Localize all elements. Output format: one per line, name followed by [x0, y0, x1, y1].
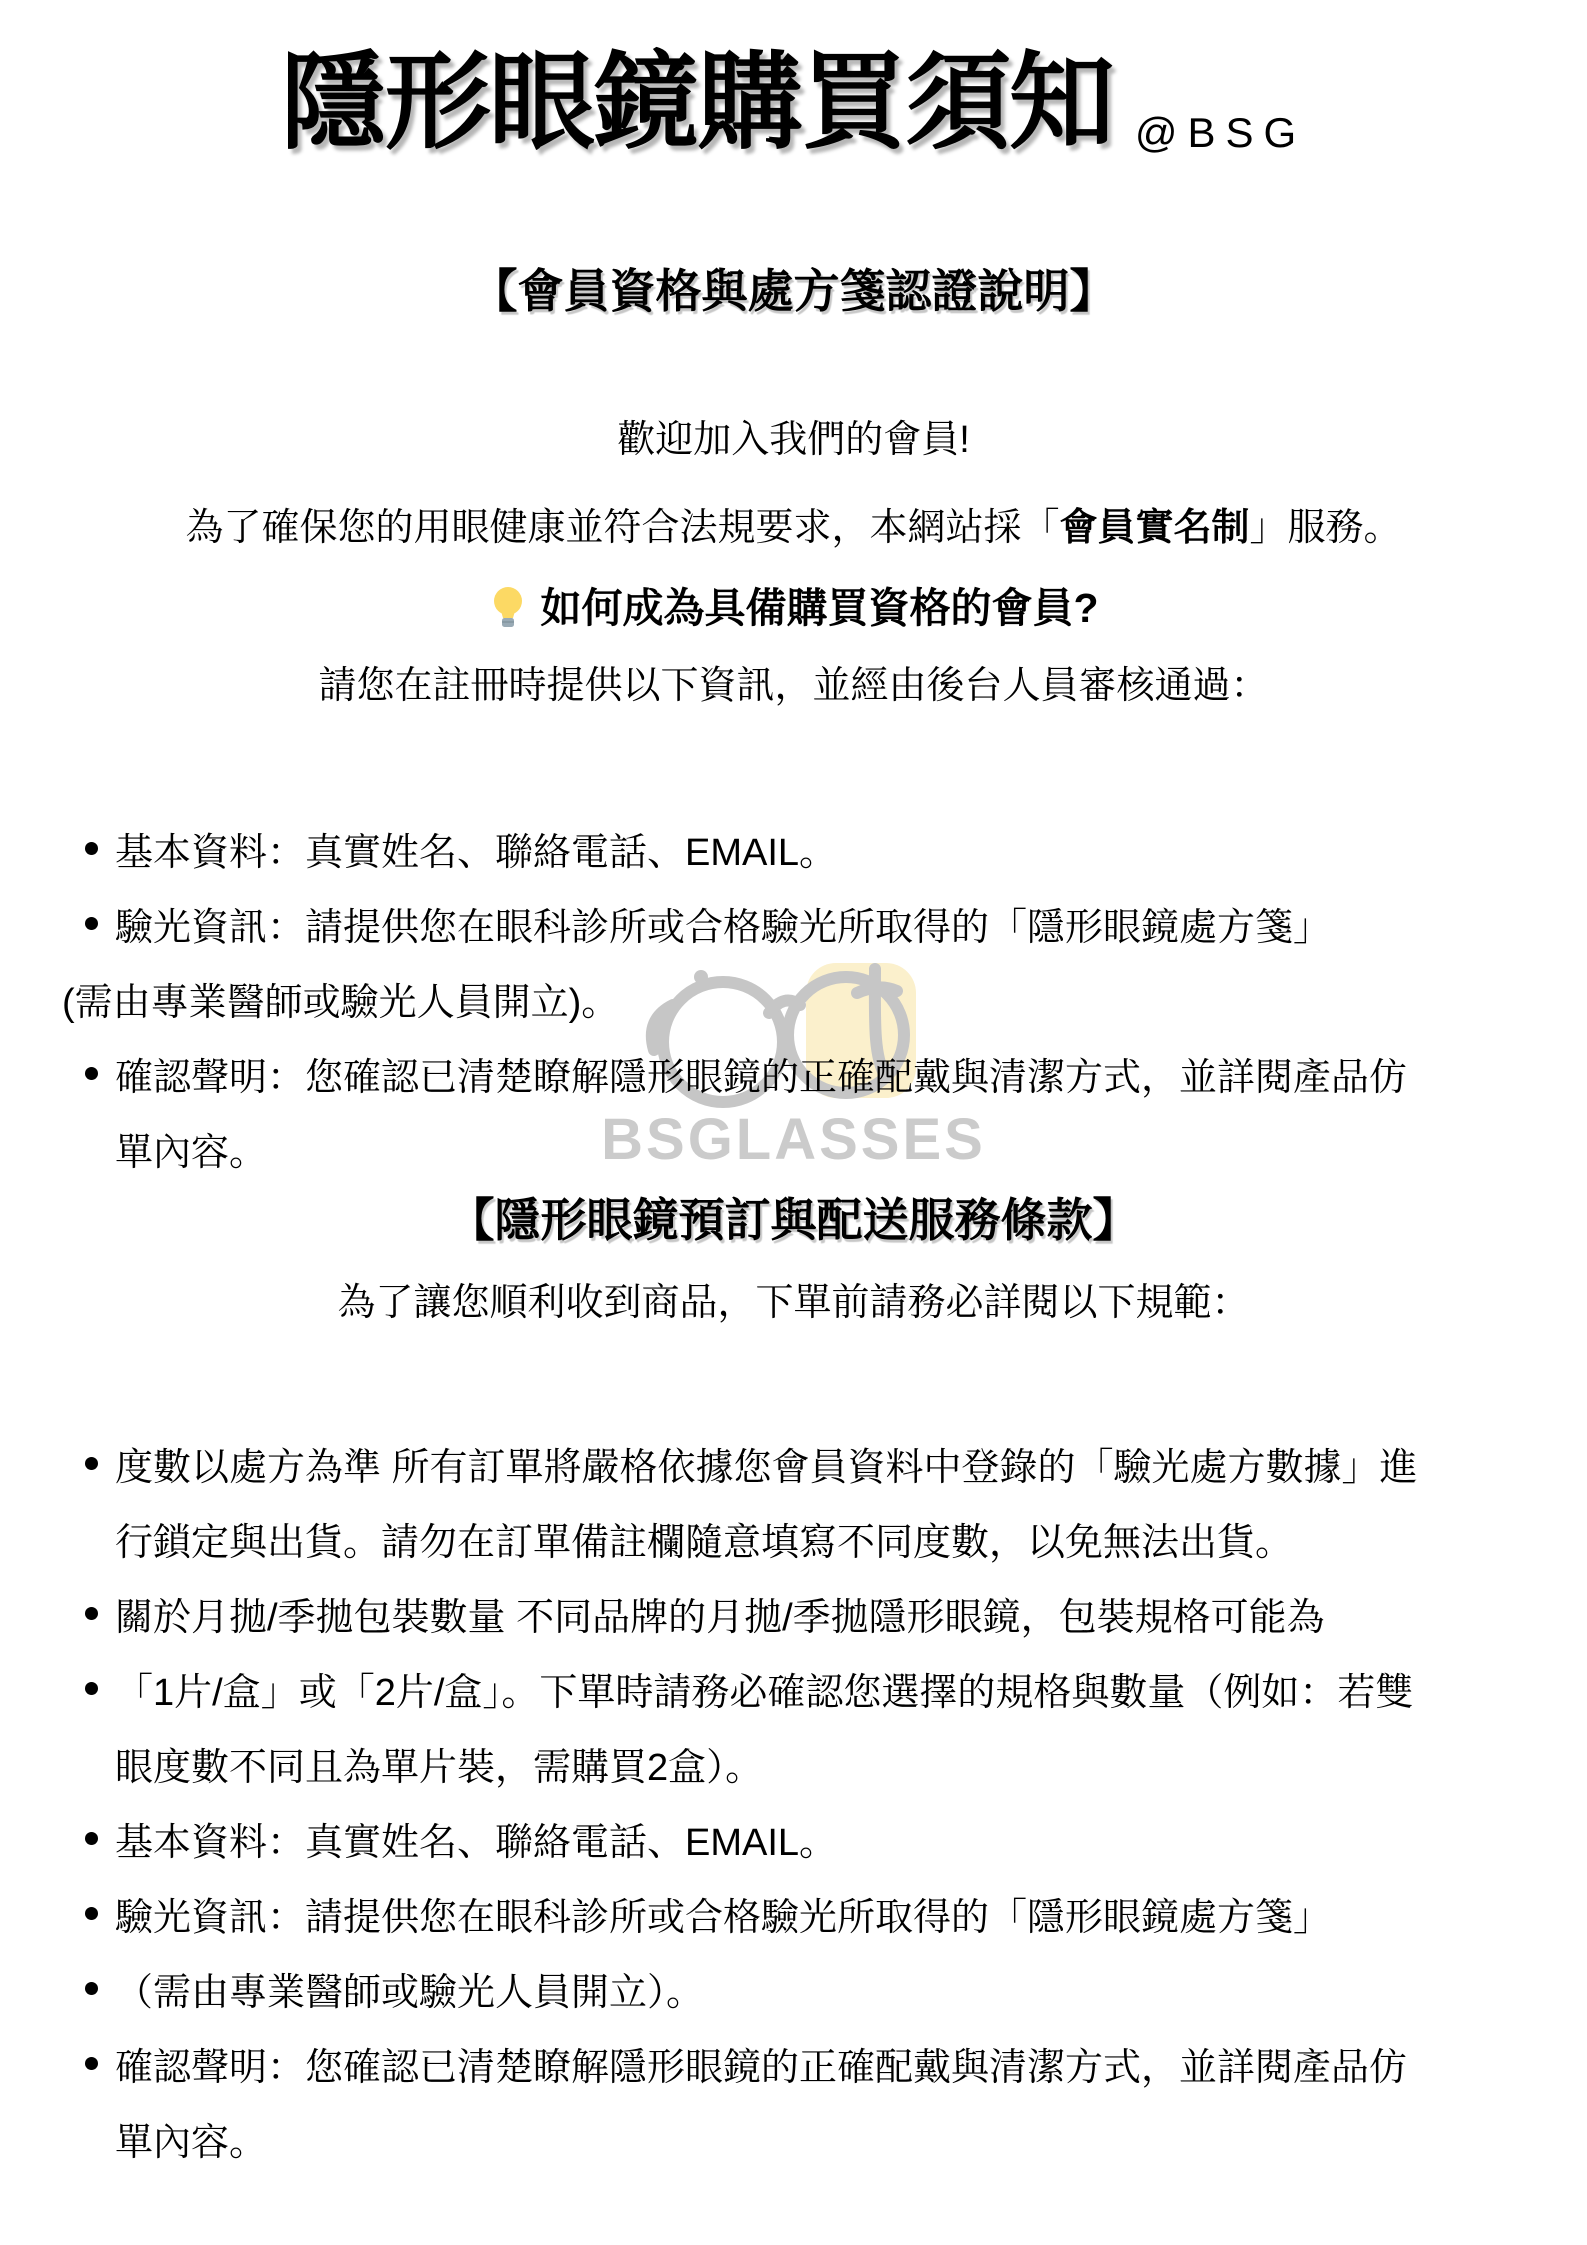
intro-text: 為了確保您的用眼健康並符合法規要求，本網站採「會員實名制」服務。 [0, 504, 1587, 552]
document-page: BSGLASSES 隱形眼鏡購買須知 @BSG 【會員資格與處方箋認證說明】 歡… [0, 0, 1587, 2245]
intro-suffix: 」服務。 [1250, 507, 1402, 549]
section1-heading: 【會員資格與處方箋認證說明】 [0, 265, 1587, 318]
intro-bold-term: 會員實名制 [1059, 507, 1249, 549]
bullet-icon [85, 917, 98, 930]
bullet-icon [85, 1682, 98, 1695]
bullet-icon [85, 1832, 98, 1845]
list-item-text: 基本資料：真實姓名、聯絡電話、EMAIL。 [115, 821, 837, 876]
title-handle: @BSG [1135, 109, 1306, 157]
ordering-terms-list: 度數以處方為準 所有訂單將嚴格依據您會員資料中登錄的「驗光處方數據」進 行鎖定與… [0, 1426, 1587, 2176]
section2-heading: 【隱形眼鏡預訂與配送服務條款】 [0, 1194, 1587, 1247]
list-item: 基本資料：真實姓名、聯絡電話、EMAIL。 [0, 1801, 1587, 1876]
list-item: （需由專業醫師或驗光人員開立）。 [0, 1951, 1587, 2026]
bullet-icon [85, 2057, 98, 2070]
list-item-continuation: 單內容。 [0, 1111, 1587, 1186]
page-title: 隱形眼鏡購買須知 [281, 48, 1113, 159]
bullet-icon [85, 1907, 98, 1920]
list-item: 驗光資訊：請提供您在眼科診所或合格驗光所取得的「隱形眼鏡處方箋」 [0, 1876, 1587, 1951]
membership-requirements-list: 基本資料：真實姓名、聯絡電話、EMAIL。 驗光資訊：請提供您在眼科診所或合格驗… [0, 811, 1587, 1186]
list-item: 「1片/盒」或「2片/盒」。下單時請務必確認您選擇的規格與數量（例如：若雙 [0, 1651, 1587, 1726]
list-item-text: 單內容。 [115, 1121, 267, 1176]
list-item-text: 行鎖定與出貨。請勿在訂單備註欄隨意填寫不同度數，以免無法出貨。 [115, 1511, 1293, 1566]
title-row: 隱形眼鏡購買須知 @BSG [0, 42, 1587, 159]
bullet-icon [85, 842, 98, 855]
list-item-text: 確認聲明：您確認已清楚瞭解隱形眼鏡的正確配戴與清潔方式，並詳閱產品仿 [115, 1046, 1407, 1101]
welcome-text: 歡迎加入我們的會員! [0, 416, 1587, 464]
list-item: 確認聲明：您確認已清楚瞭解隱形眼鏡的正確配戴與清潔方式，並詳閱產品仿 [0, 2026, 1587, 2101]
bullet-icon [85, 1067, 98, 1080]
list-item-text: 度數以處方為準 所有訂單將嚴格依據您會員資料中登錄的「驗光處方數據」進 [115, 1436, 1418, 1491]
list-item-text: 驗光資訊：請提供您在眼科診所或合格驗光所取得的「隱形眼鏡處方箋」 [115, 896, 1331, 951]
list-item-text: （需由專業醫師或驗光人員開立）。 [115, 1961, 704, 2016]
list-item-continuation: 行鎖定與出貨。請勿在訂單備註欄隨意填寫不同度數，以免無法出貨。 [0, 1501, 1587, 1576]
document-content: 隱形眼鏡購買須知 @BSG 【會員資格與處方箋認證說明】 歡迎加入我們的會員! … [0, 0, 1587, 2176]
list-item-continuation: (需由專業醫師或驗光人員開立)。 [0, 961, 1587, 1036]
list-item: 驗光資訊：請提供您在眼科診所或合格驗光所取得的「隱形眼鏡處方箋」 [0, 886, 1587, 961]
bullet-icon [85, 1457, 98, 1470]
bullet-icon [85, 1607, 98, 1620]
section1-instruction: 請您在註冊時提供以下資訊，並經由後台人員審核通過： [0, 662, 1587, 710]
question-line: 如何成為具備購買資格的會員? [0, 582, 1587, 634]
list-item-text: 驗光資訊：請提供您在眼科診所或合格驗光所取得的「隱形眼鏡處方箋」 [115, 1886, 1331, 1941]
question-text: 如何成為具備購買資格的會員? [540, 582, 1098, 634]
list-item-continuation: 單內容。 [0, 2101, 1587, 2176]
lightbulb-icon [488, 585, 528, 631]
intro-prefix: 為了確保您的用眼健康並符合法規要求，本網站採「 [185, 507, 1059, 549]
list-item: 確認聲明：您確認已清楚瞭解隱形眼鏡的正確配戴與清潔方式，並詳閱產品仿 [0, 1036, 1587, 1111]
list-item: 關於月拋/季拋包裝數量 不同品牌的月拋/季拋隱形眼鏡，包裝規格可能為 [0, 1576, 1587, 1651]
list-item-text: 關於月拋/季拋包裝數量 不同品牌的月拋/季拋隱形眼鏡，包裝規格可能為 [115, 1586, 1325, 1641]
list-item-text: 單內容。 [115, 2111, 267, 2166]
list-item: 基本資料：真實姓名、聯絡電話、EMAIL。 [0, 811, 1587, 886]
list-item-text: 基本資料：真實姓名、聯絡電話、EMAIL。 [115, 1811, 837, 1866]
bullet-icon [85, 1982, 98, 1995]
list-item-text: 確認聲明：您確認已清楚瞭解隱形眼鏡的正確配戴與清潔方式，並詳閱產品仿 [115, 2036, 1407, 2091]
list-item-text: 眼度數不同且為單片裝，需購買2盒）。 [115, 1736, 763, 1791]
list-item-continuation: 眼度數不同且為單片裝，需購買2盒）。 [0, 1726, 1587, 1801]
section2-instruction: 為了讓您順利收到商品，下單前請務必詳閱以下規範： [0, 1279, 1587, 1327]
list-item-text: (需由專業醫師或驗光人員開立)。 [62, 971, 619, 1026]
list-item: 度數以處方為準 所有訂單將嚴格依據您會員資料中登錄的「驗光處方數據」進 [0, 1426, 1587, 1501]
list-item-text: 「1片/盒」或「2片/盒」。下單時請務必確認您選擇的規格與數量（例如：若雙 [115, 1661, 1413, 1716]
